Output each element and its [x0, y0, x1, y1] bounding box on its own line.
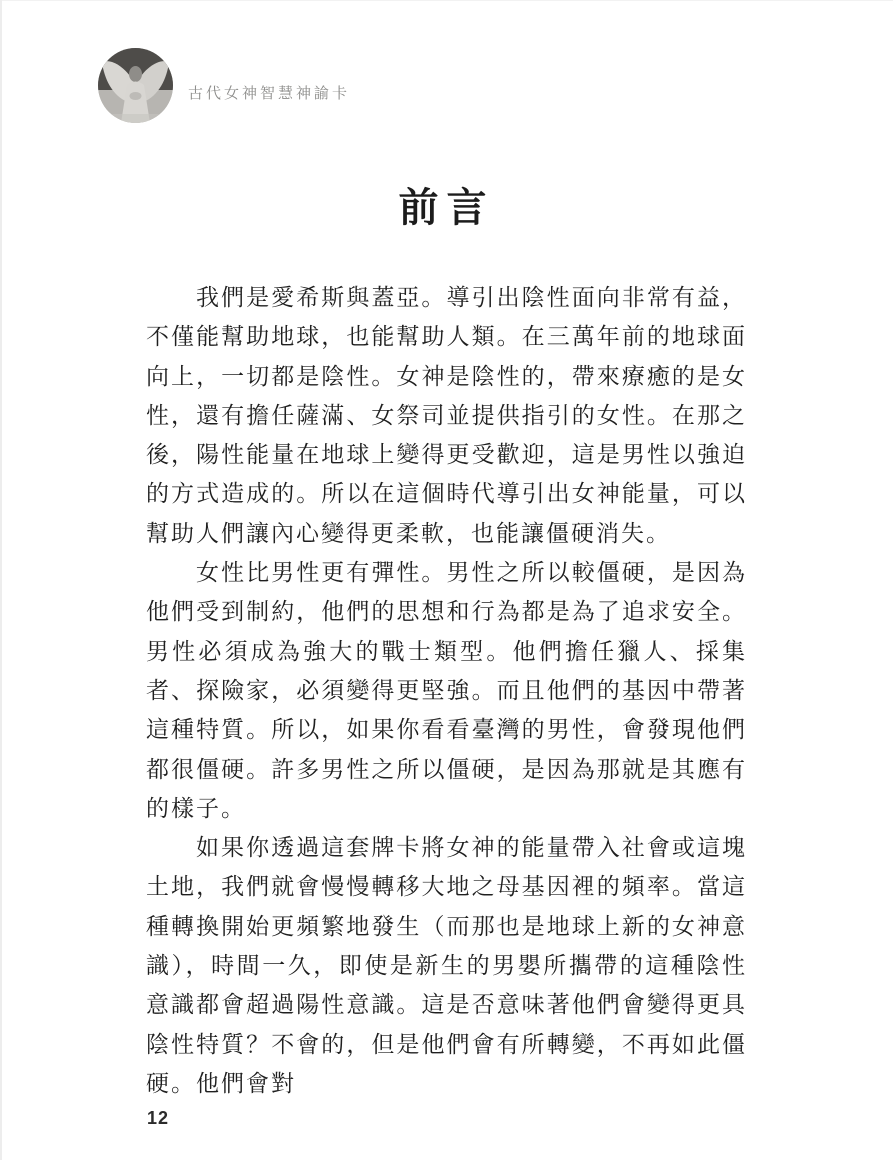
page-header: 古代女神智慧神諭卡 [98, 48, 350, 123]
preface-body: 我們是愛希斯與蓋亞。導引出陰性面向非常有益，不僅能幫助地球，也能幫助人類。在三萬… [146, 279, 747, 1104]
chapter-title: 前言 [0, 176, 893, 233]
paragraph-3: 如果你透過這套牌卡將女神的能量帶入社會或這塊土地，我們就會慢慢轉移大地之母基因裡… [146, 829, 747, 1104]
book-page: 古代女神智慧神諭卡 前言 我們是愛希斯與蓋亞。導引出陰性面向非常有益，不僅能幫助… [0, 0, 893, 1160]
book-title: 古代女神智慧神諭卡 [188, 82, 350, 103]
paragraph-2: 女性比男性更有彈性。男性之所以較僵硬，是因為他們受到制約，他們的思想和行為都是為… [146, 554, 747, 829]
paragraph-1: 我們是愛希斯與蓋亞。導引出陰性面向非常有益，不僅能幫助地球，也能幫助人類。在三萬… [146, 279, 747, 554]
page-number: 12 [147, 1108, 169, 1129]
winged-goddess-figure-icon [98, 48, 173, 123]
